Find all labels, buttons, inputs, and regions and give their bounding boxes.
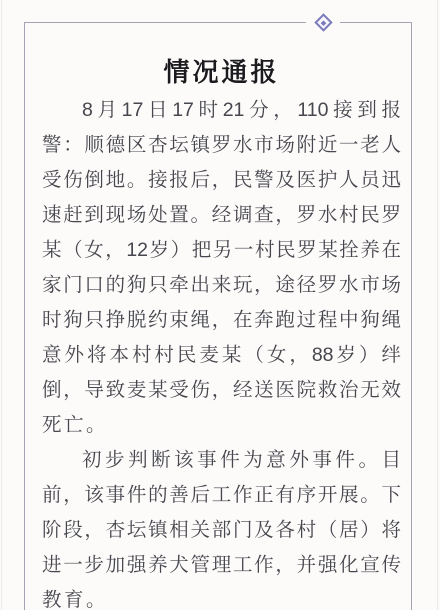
notice-body-line: 意外将本村村民麦某（女，88岁）绊: [42, 338, 401, 373]
diamond-ornament-dot: [321, 20, 327, 26]
notice-body-line: 前，该事件的善后工作正有序开展。下: [42, 478, 401, 513]
notice-body-line: 时狗只挣脱约束绳，在奔跑过程中狗绳: [42, 303, 401, 338]
notice-body-line: 家门口的狗只牵出来玩，途径罗水市场: [42, 268, 401, 303]
page-edge-line-left: [1, 0, 2, 610]
notice-body-line: 死亡。: [42, 408, 401, 443]
notice-body-line: 倒，导致麦某受伤，经送医院救治无效: [42, 373, 401, 408]
notice-body-line: 某（女，12岁）把另一村民罗某拴养在: [42, 233, 401, 268]
page-edge-line-right: [437, 0, 438, 610]
notice-body-line: 警：顺德区杏坛镇罗水市场附近一老人: [42, 128, 401, 163]
notice-body-line: 8月17日17时21分，110接到报: [42, 93, 401, 128]
notice-document-page: 情况通报 8月17日17时21分，110接到报警：顺德区杏坛镇罗水市场附近一老人…: [0, 0, 440, 610]
notice-body-line: 速赶到现场处置。经调查，罗水村民罗: [42, 198, 401, 233]
notice-body-line: 进一步加强养犬管理工作，并强化宣传: [42, 548, 401, 583]
notice-body: 8月17日17时21分，110接到报警：顺德区杏坛镇罗水市场附近一老人受伤倒地。…: [42, 93, 401, 610]
notice-body-line: 受伤倒地。接报后，民警及医护人员迅: [42, 163, 401, 198]
notice-body-line: 阶段，杏坛镇相关部门及各村（居）将: [42, 513, 401, 548]
notice-title: 情况通报: [0, 52, 440, 89]
notice-body-line: 初步判断该事件为意外事件。目: [42, 443, 401, 478]
notice-body-line: 教育。: [42, 583, 401, 610]
